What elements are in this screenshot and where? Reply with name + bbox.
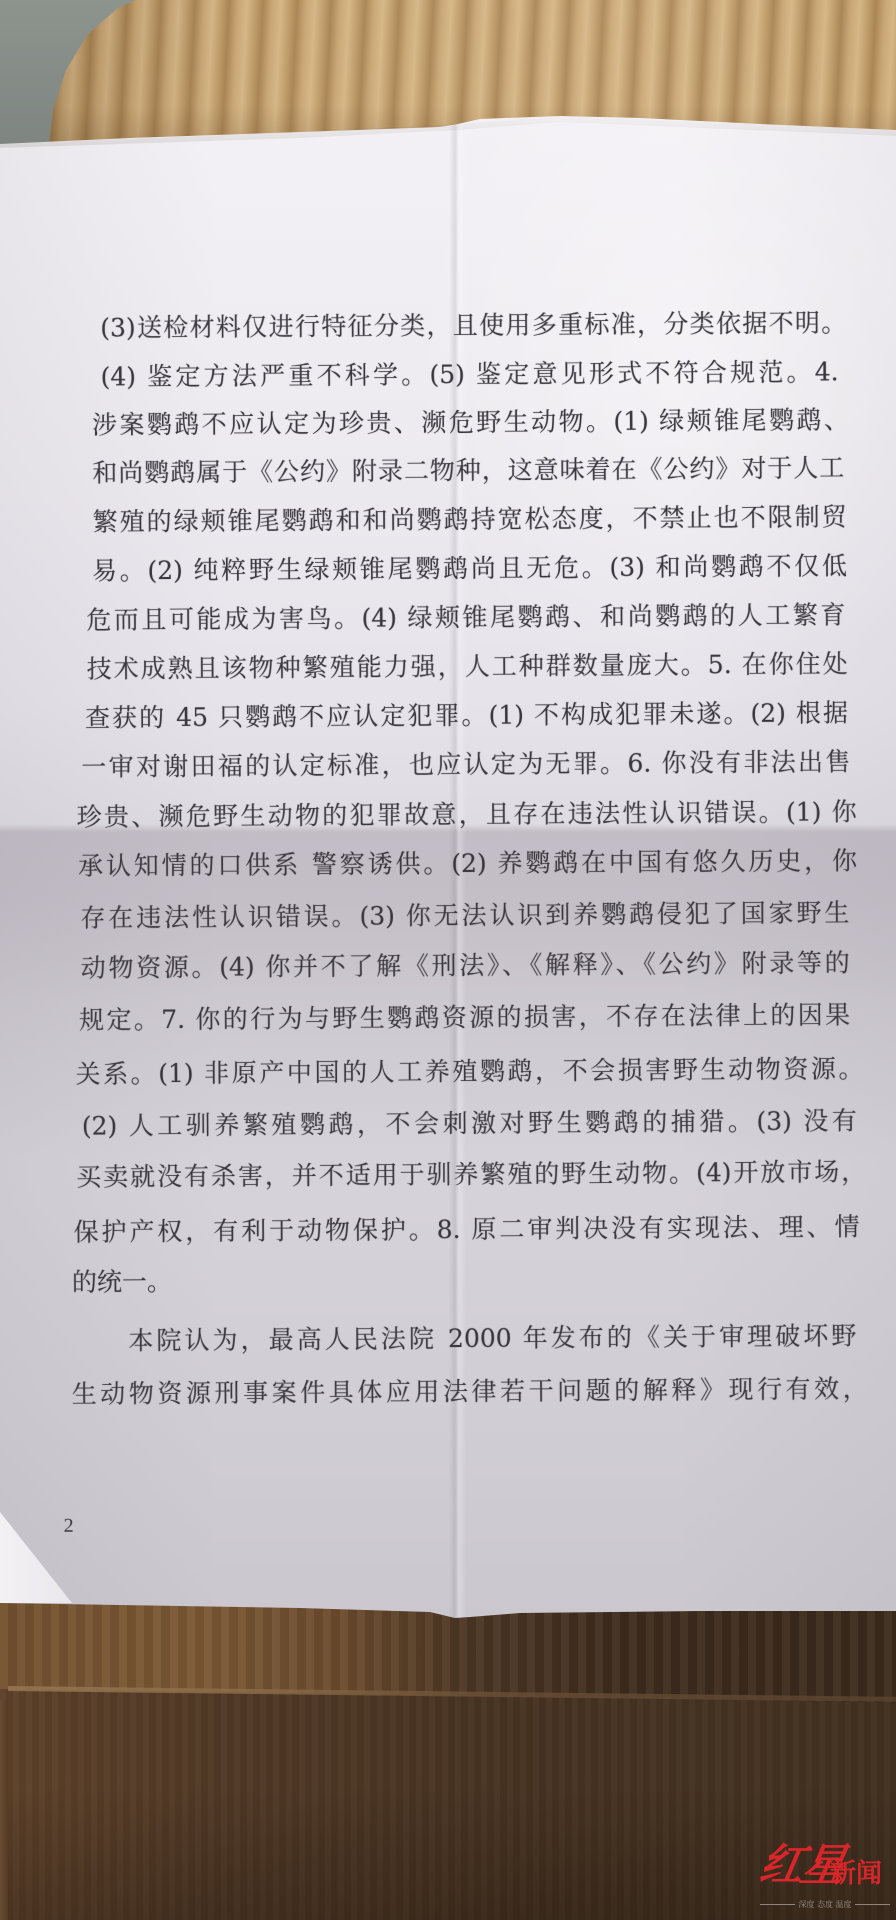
text-line: 生动物资源刑事案件具体应用法律若干问题的解释》现行有效， <box>72 1374 868 1410</box>
text-line: 珍贵、濒危野生动物的犯罪故意，且存在违法性认识错误。(1) 你 <box>77 797 857 832</box>
text-line: 的统一。 <box>72 1267 172 1298</box>
text-line: 关系。(1) 非原产中国的人工养殖鹦鹉，不会损害野生动物资源。 <box>75 1054 863 1090</box>
text-line: (4) 鉴定方法严重不科学。(5) 鉴定意见形式不符合规范。4. <box>101 357 839 392</box>
text-line: 涉案鹦鹉不应认定为珍贵、濒危野生动物。(1) 绿颊锥尾鹦鹉、 <box>92 405 849 440</box>
watermark-brand-news: 新闻 <box>830 1859 882 1889</box>
text-line: 危而且可能成为害鸟。(4) 绿颊锥尾鹦鹉、和尚鹦鹉的人工繁育 <box>86 600 845 635</box>
text-line: (3)送检材料仅进行特征分类，且使用多重标准，分类依据不明。 <box>100 308 846 343</box>
text-line-paragraph-start: 本院认为，最高人民法院 2000 年发布的《关于审理破坏野 <box>128 1321 856 1356</box>
text-line: 查获的 45 只鹦鹉不应认定犯罪。(1) 不构成犯罪未遂。(2) 根据 <box>85 698 848 733</box>
text-line: 和尚鹦鹉属于《公约》附录二物种，这意味着在《公约》对于人工 <box>92 453 844 488</box>
page-number: 2 <box>64 1513 74 1539</box>
text-line: 繁殖的绿颊锥尾鹦鹉和和尚鹦鹉持宽松态度，不禁止也不限制贸 <box>93 502 847 537</box>
tagline-rule-left <box>760 1904 795 1905</box>
text-line: (2) 人工驯养繁殖鹦鹉，不会刺激对野生鹦鹉的捕猎。(3) 没有 <box>82 1106 857 1141</box>
text-line: 一审对谢田福的认定标准，也应认定为无罪。6. 你没有非法出售 <box>81 747 850 782</box>
watermark-tagline: 深度 态度 温度 <box>760 1898 890 1910</box>
text-line: 技术成熟且该物种繁殖能力强，人工种群数量庞大。5. 在你住处 <box>87 649 848 684</box>
text-line: 规定。7. 你的行为与野生鹦鹉资源的损害，不存在法律上的因果 <box>79 1000 850 1035</box>
text-line: 动物资源。(4) 你并不了解《刑法》、《解释》、《公约》附录等的 <box>81 948 850 983</box>
document-body: (3)送检材料仅进行特征分类，且使用多重标准，分类依据不明。 (4) 鉴定方法严… <box>0 0 896 1920</box>
text-line: 易。(2) 纯粹野生绿颊锥尾鹦鹉尚且无危。(3) 和尚鹦鹉不仅低 <box>92 551 847 586</box>
tagline-text: 深度 态度 温度 <box>798 1899 851 1910</box>
tagline-rule-right <box>855 1904 890 1905</box>
text-line: 存在违法性认识错误。(3) 你无法认识到养鹦鹉侵犯了国家野生 <box>80 898 849 933</box>
text-line: 保护产权，有利于动物保护。8. 原二审判决没有实现法、理、情 <box>73 1212 859 1247</box>
text-line: 承认知情的口供系 警察诱供。(2) 养鹦鹉在中国有悠久历史，你 <box>78 846 857 881</box>
watermark-logo: 红星 新闻 深度 态度 温度 <box>760 1844 892 1916</box>
text-line: 买卖就没有杀害，并不适用于驯养繁殖的野生动物。(4)开放市场， <box>76 1157 866 1193</box>
